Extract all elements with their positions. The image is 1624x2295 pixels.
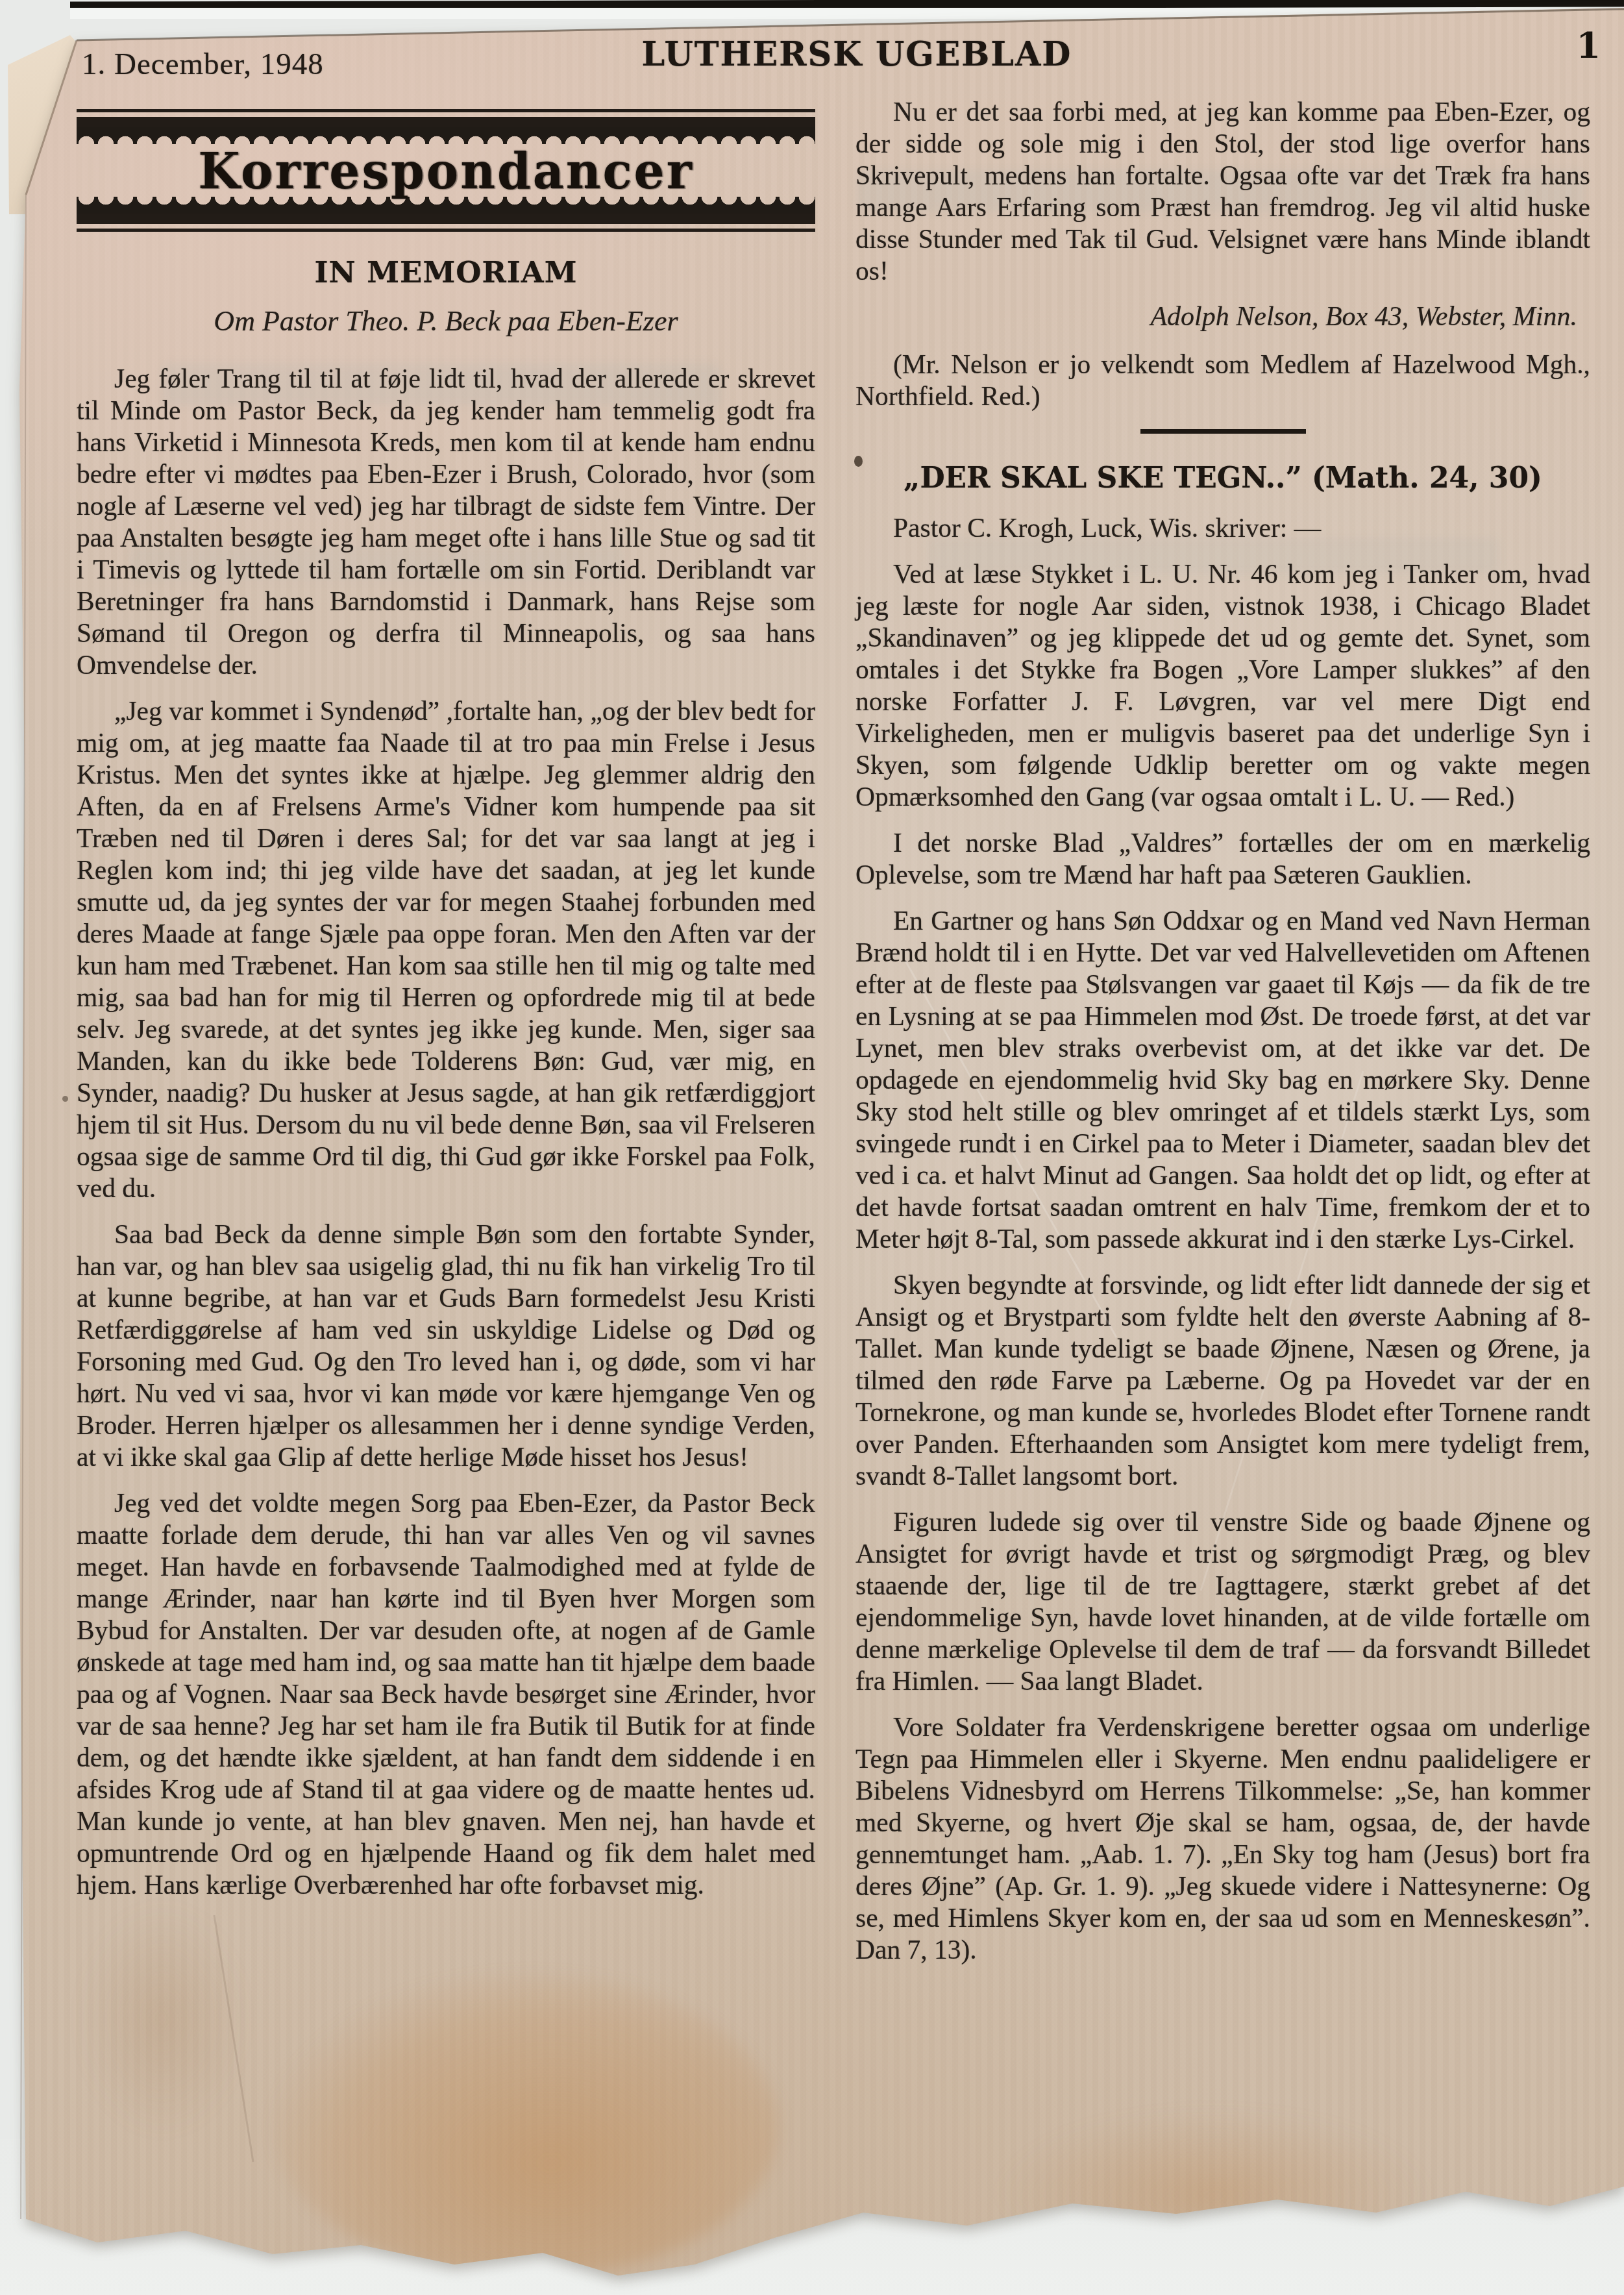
body-paragraph: En Gartner og hans Søn Oddxar og en Mand… [855,905,1590,1255]
ink-speck [854,456,863,467]
paper-stain-large [273,1974,779,2279]
article-heading-tegn: „DER SKAL SKE TEGN..” (Math. 24, 30) [855,462,1590,494]
body-paragraph: Skyen begyndte at forsvinde, og lidt eft… [855,1269,1590,1492]
paper-stain-right [1000,2110,1428,2266]
article-byline: Pastor C. Krogh, Luck, Wis. skriver: — [855,512,1590,544]
body-paragraph: Figuren ludede sig over til venstre Side… [855,1506,1590,1697]
section-divider-rule [1140,429,1306,434]
ornament-rule-thick [77,117,815,127]
ornament-fringe-down [77,127,815,144]
page-number: 1 [1576,25,1601,66]
author-signature: Adolph Nelson, Box 43, Webster, Minn. [855,301,1577,333]
body-paragraph: Saa bad Beck da denne simple Bøn som den… [77,1219,815,1473]
left-column: Korrespondancer IN MEMORIAM Om Pastor Th… [77,109,815,1915]
scanned-newspaper-page: 1. December, 1948 LUTHERSK UGEBLAD 1 Kor… [0,0,1624,2295]
section-ornament-box: Korrespondancer [77,109,815,232]
body-paragraph: Jeg ved det voldte megen Sorg paa Eben-E… [77,1487,815,1901]
ink-speck [907,640,912,645]
issue-date: 1. December, 1948 [82,47,324,82]
section-title: Korrespondancer [77,155,815,188]
body-paragraph: Vore Soldater fra Verdenskrigene berette… [855,1711,1590,1966]
ink-speck [62,1096,68,1102]
article-heading-memoriam: IN MEMORIAM [77,256,815,288]
newspaper-sheet: 1. December, 1948 LUTHERSK UGEBLAD 1 Kor… [0,0,1624,2295]
body-paragraph: Ved at læse Stykket i L. U. Nr. 46 kom j… [855,558,1590,813]
editor-note: (Mr. Nelson er jo velkendt som Medlem af… [855,349,1590,412]
body-paragraph: „Jeg var kommet i Syndenød” ,fortalte ha… [77,695,815,1204]
paper-shadow-wrap: 1. December, 1948 LUTHERSK UGEBLAD 1 Kor… [0,0,1624,2295]
ornament-rule-thick [77,214,815,224]
masthead-title: LUTHERSK UGEBLAD [626,34,1087,74]
paper-stain-left-edge [78,1902,247,2136]
ornament-rule-thin [77,229,815,232]
body-paragraph: Jeg føler Trang til til at føje lidt til… [77,363,815,681]
body-paragraph: I det norske Blad „Valdres” fortælles de… [855,827,1590,891]
right-column: Nu er det saa forbi med, at jeg kan komm… [855,96,1590,1980]
article-subheading-memoriam: Om Pastor Theo. P. Beck paa Eben-Ezer [77,305,815,337]
body-paragraph: Nu er det saa forbi med, at jeg kan komm… [855,96,1590,287]
